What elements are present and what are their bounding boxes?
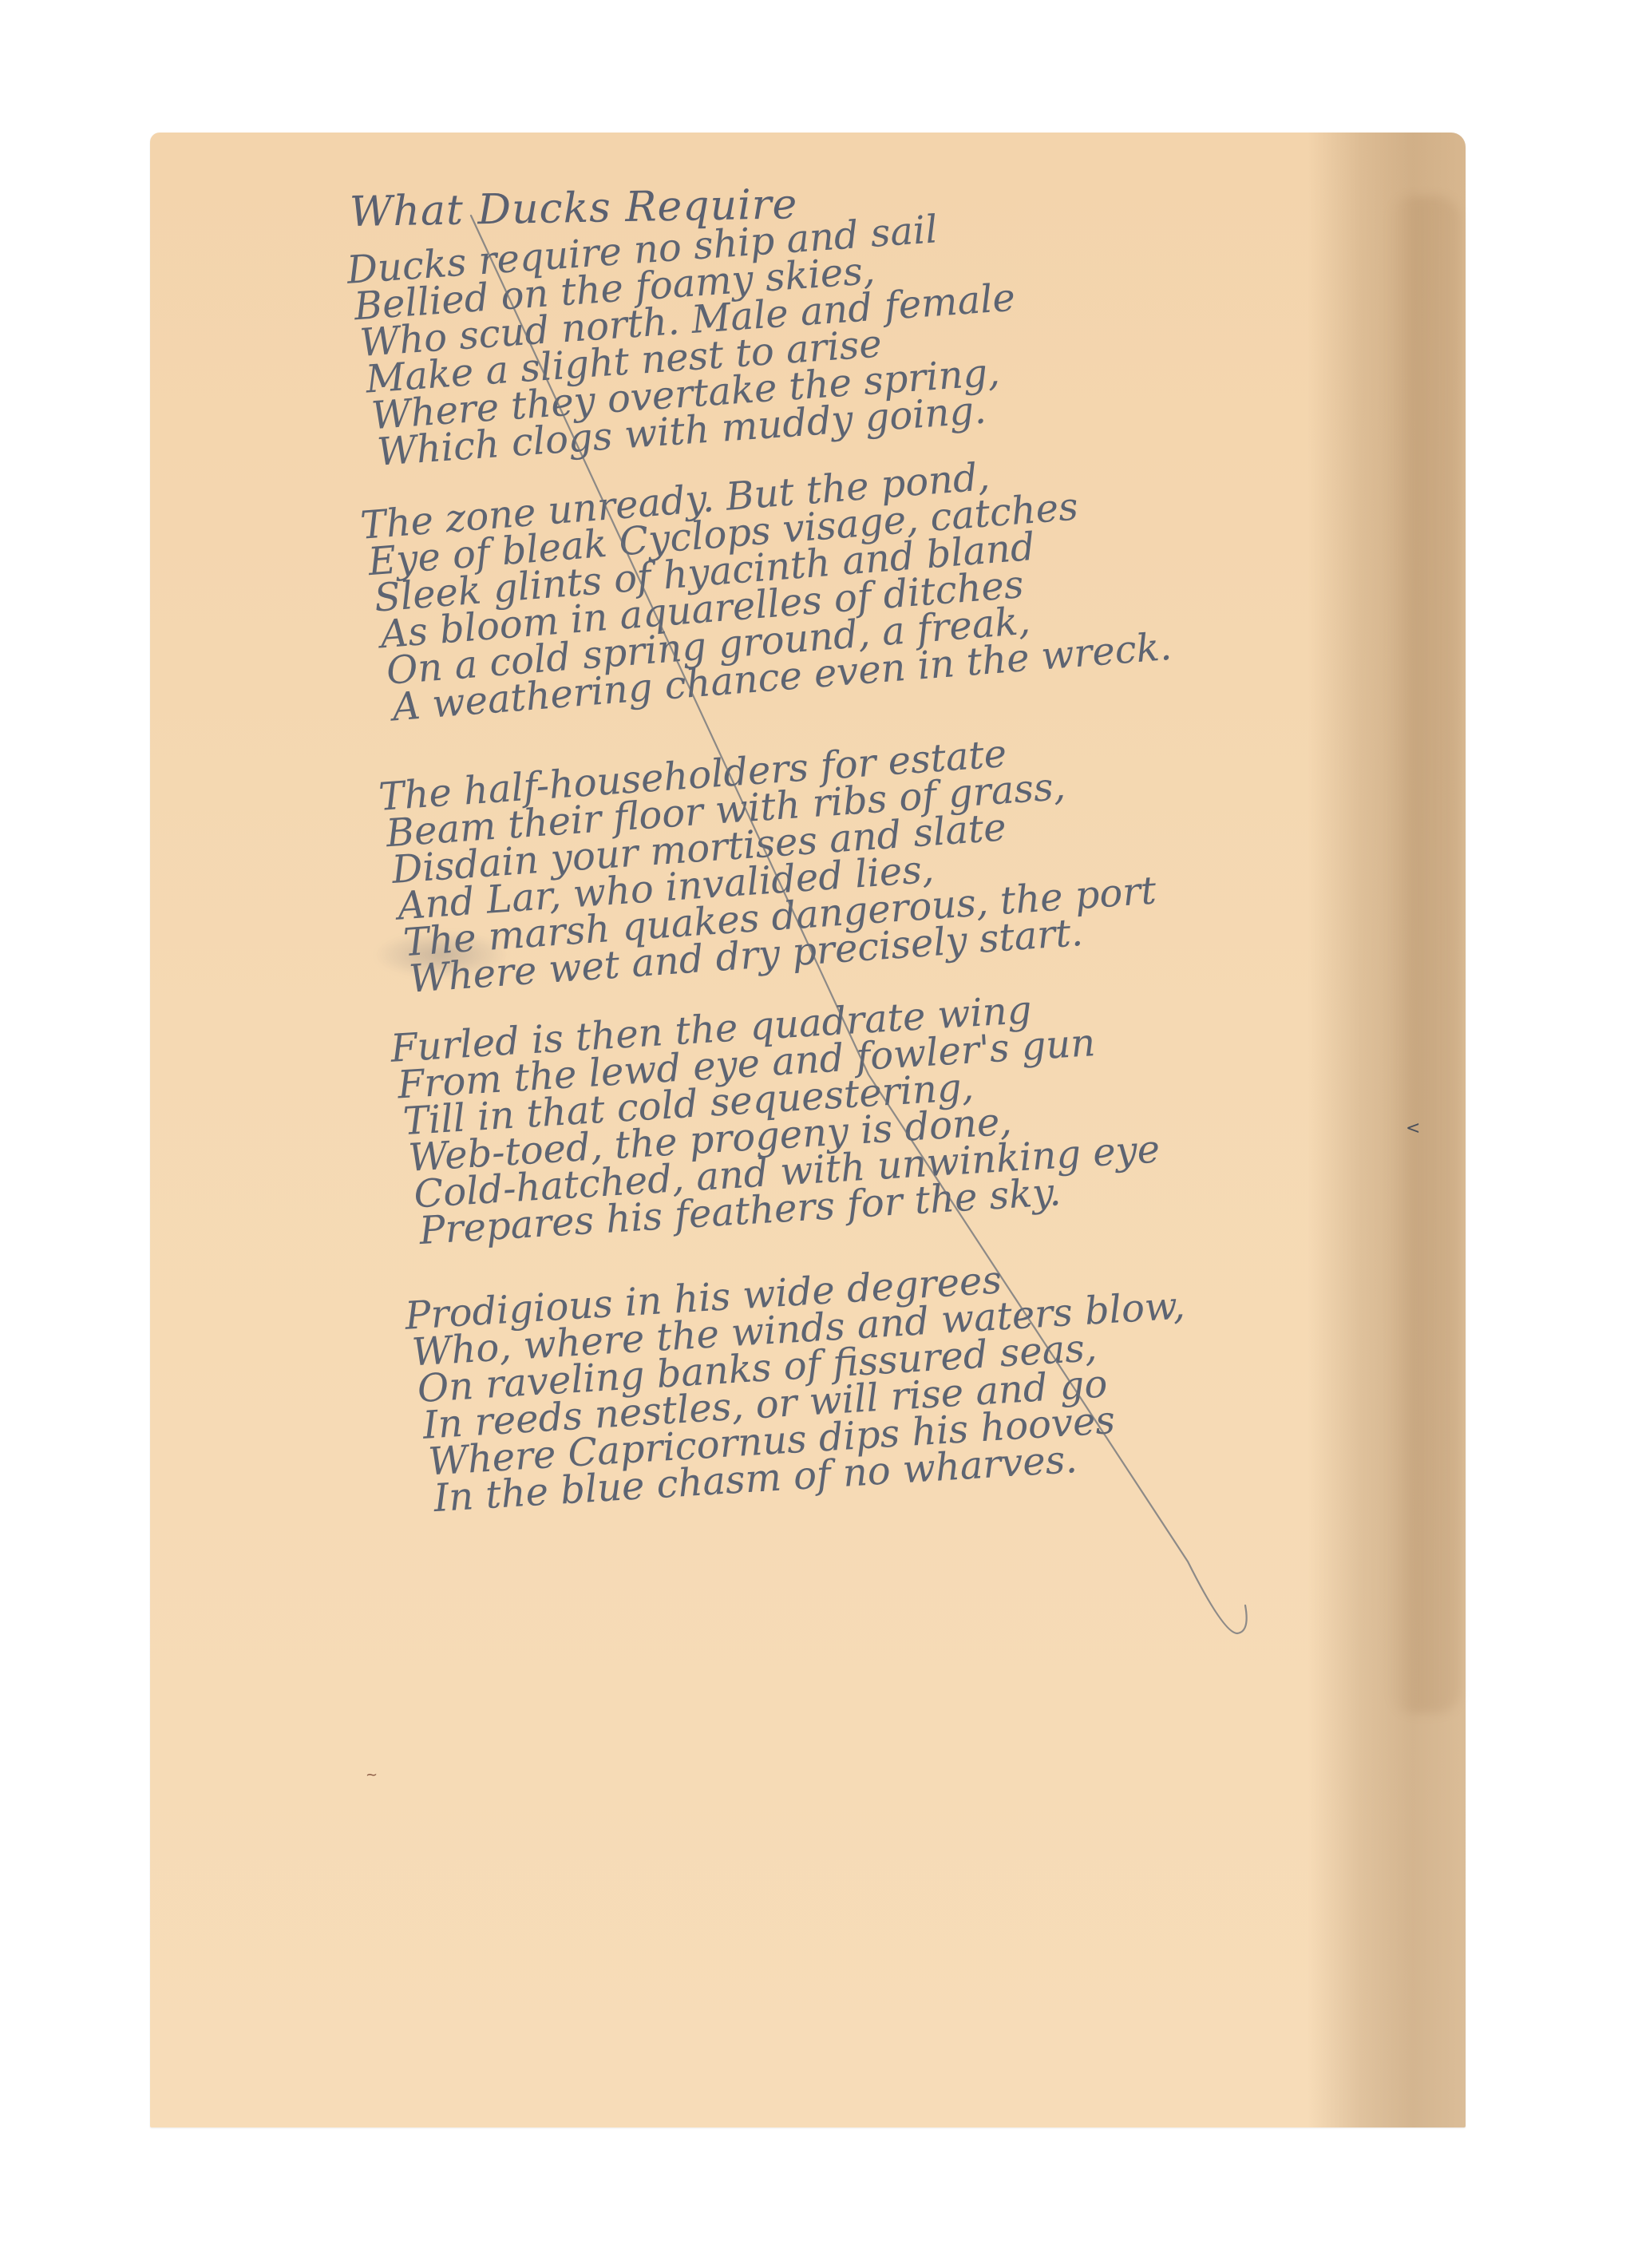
manuscript-page: What Ducks Require Ducks require no ship…	[150, 133, 1466, 2127]
margin-stray-mark: ~	[366, 1767, 378, 1783]
stanza-3: The half-householders for estate Beam th…	[378, 726, 1160, 999]
stanza-5: Prodigious in his wide degrees Who, wher…	[404, 1250, 1195, 1518]
stanza-4: Furled is then the quadrate wing From th…	[390, 984, 1163, 1251]
margin-caret-mark: <	[1406, 1118, 1420, 1138]
stanza-1: Ducks require no ship and sail Bellied o…	[346, 206, 1024, 472]
poem-manuscript: What Ducks Require Ducks require no ship…	[150, 133, 1466, 2127]
stanza-2: The zone unready. But the pond, Eye of b…	[359, 445, 1173, 727]
